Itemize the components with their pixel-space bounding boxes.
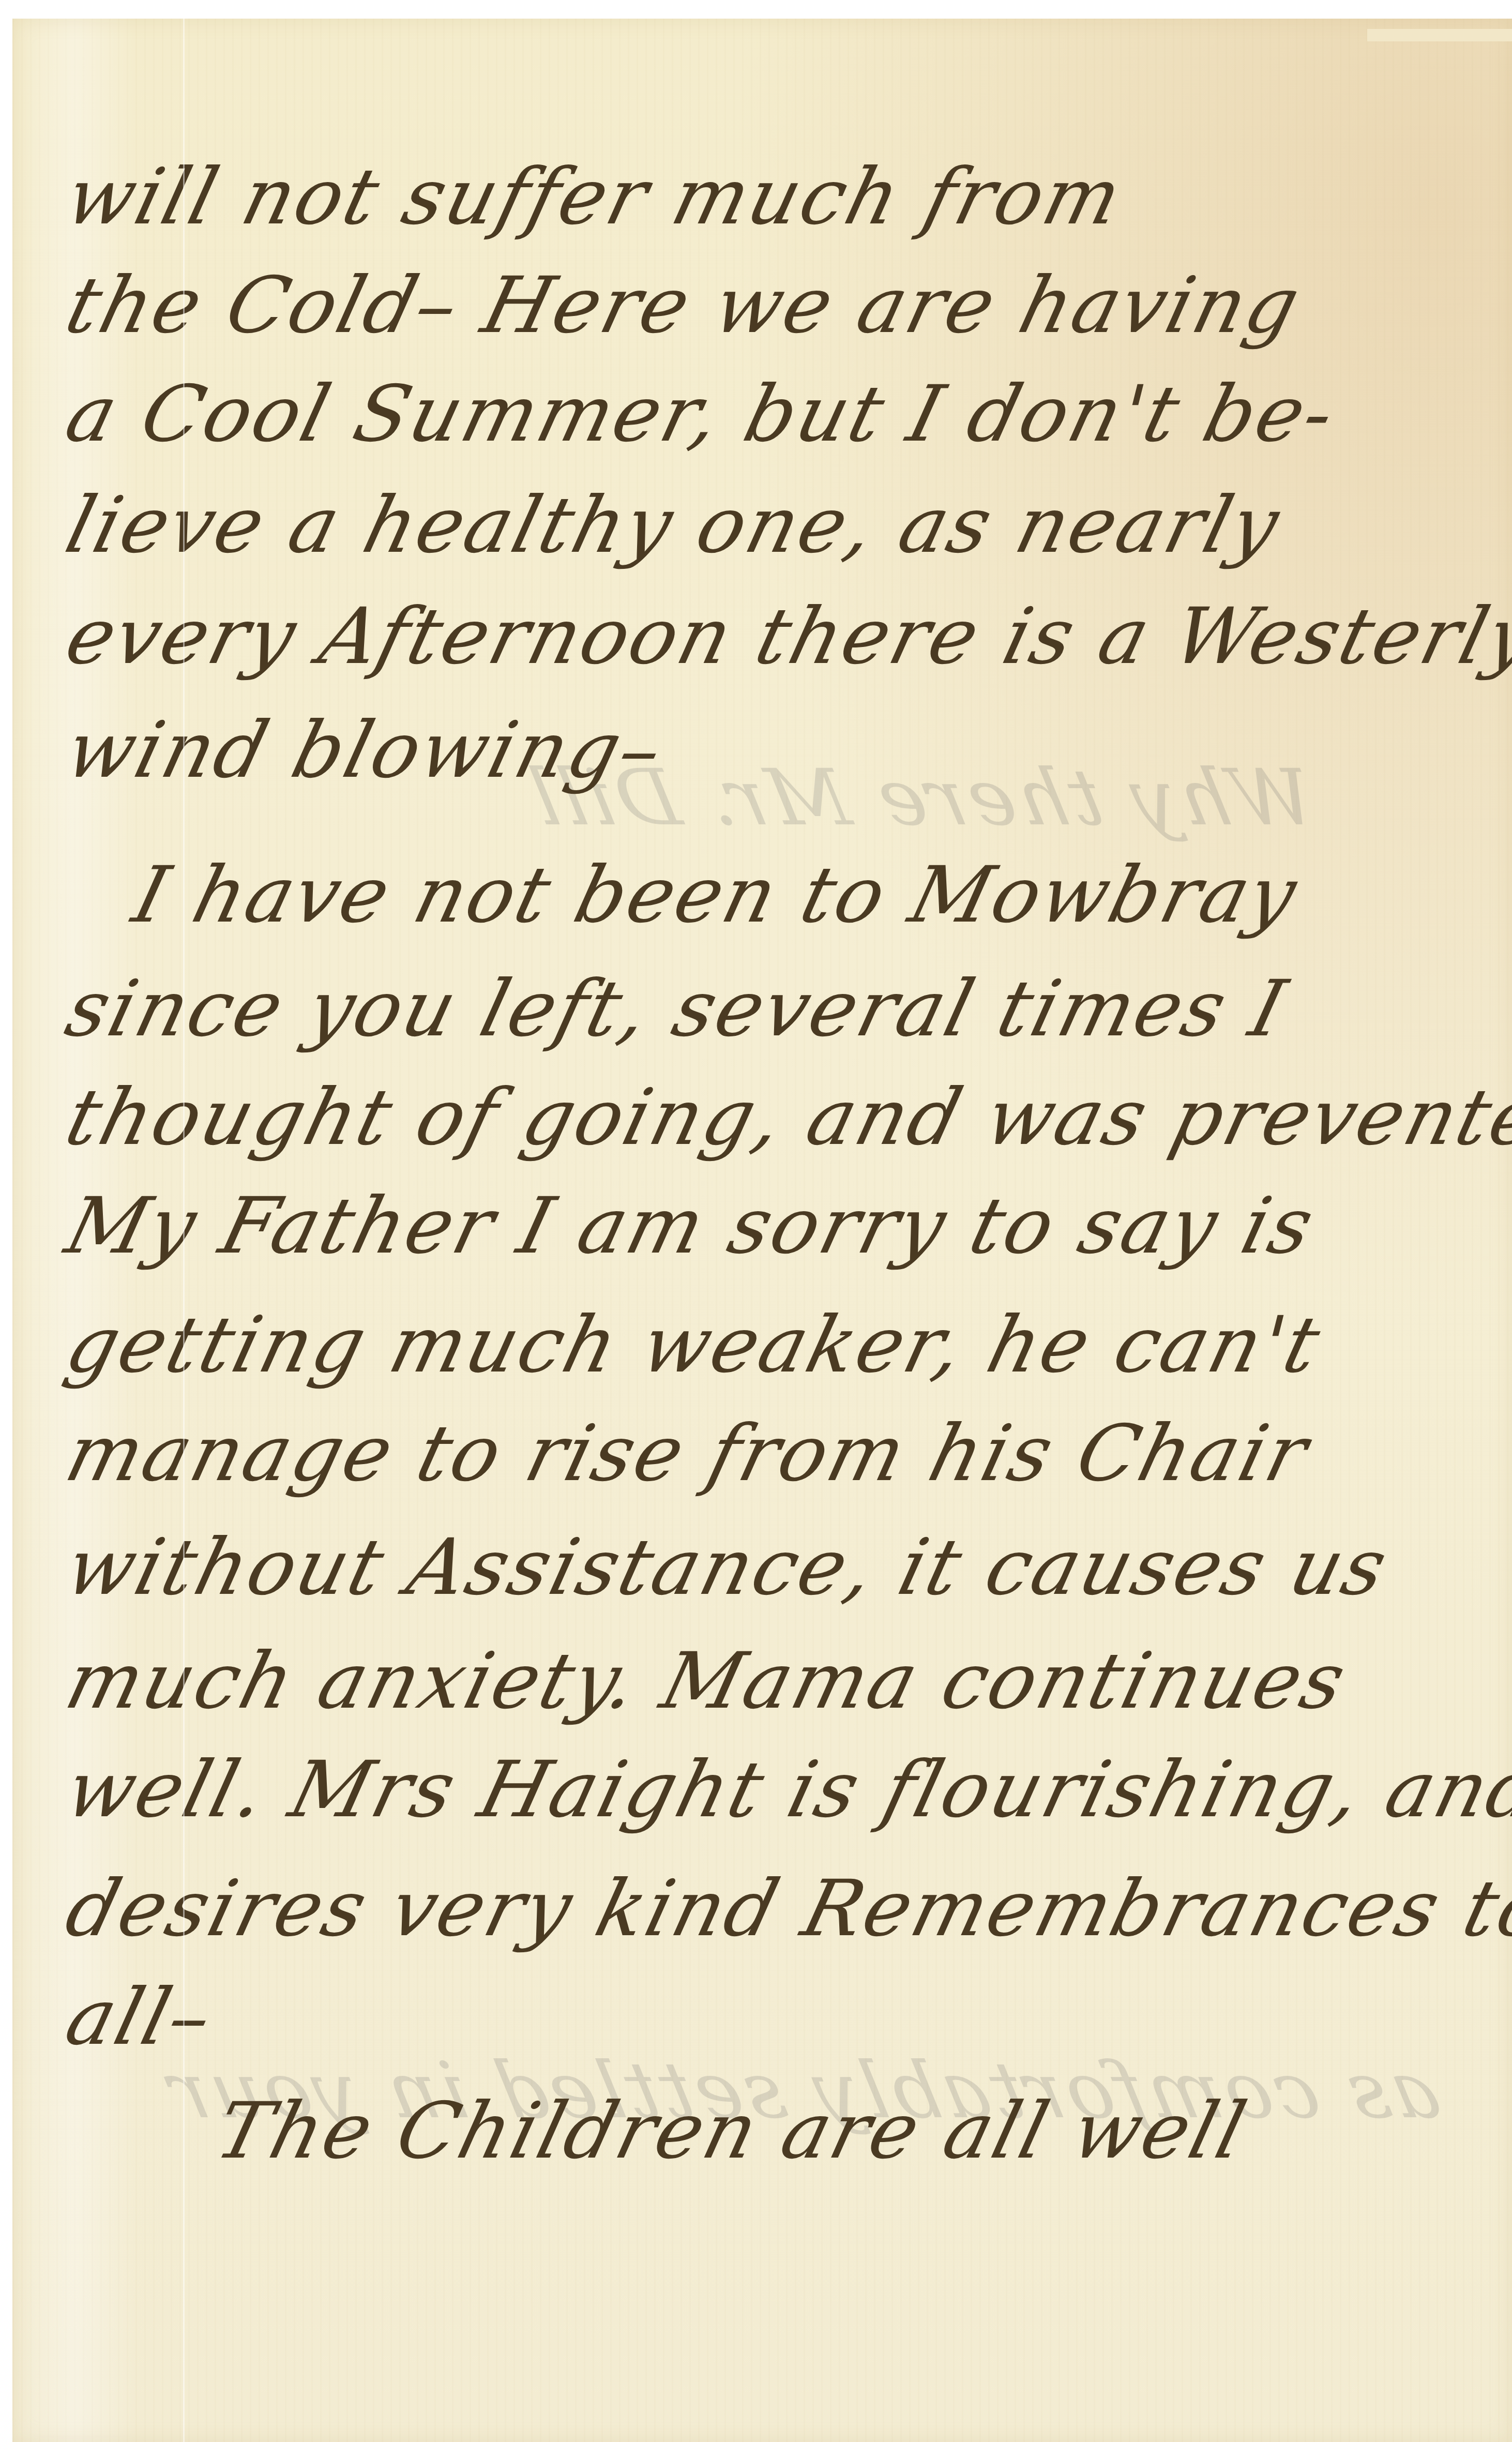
letter-line: wind blowing– (59, 712, 671, 789)
letter-line: thought of going, and was prevented– (59, 1079, 1512, 1156)
letter-line: will not suffer much from (59, 158, 1130, 236)
letter-line: The Children are all well (209, 2092, 1254, 2170)
letter-line: since you left, several times I (59, 970, 1295, 1048)
letter-line: well. Mrs Haight is flourishing, and (59, 1751, 1512, 1829)
letter-line: every Afternoon there is a Westerly (59, 598, 1512, 675)
letter-line: desires very kind Remembrances to (59, 1870, 1512, 1948)
letter-line: lieve a healthy one, as nearly (59, 487, 1288, 564)
letter-line: a Cool Summer, but I don't be- (59, 375, 1343, 453)
letter-paper: Why there Mr. Dill as comfortably settle… (12, 19, 1512, 2442)
letter-line: getting much weaker, he can't (59, 1306, 1329, 1384)
torn-corner (1367, 29, 1512, 41)
letter-line: My Father I am sorry to say is (59, 1187, 1322, 1265)
letter-line: much anxiety. Mama continues (59, 1642, 1354, 1720)
letter-line: I have not been to Mowbray (126, 856, 1306, 934)
letter-line: without Assistance, it causes us (59, 1529, 1396, 1606)
letter-line: manage to rise from his Chair (59, 1415, 1317, 1493)
letter-line: the Cold– Here we are having (59, 267, 1308, 344)
letter-line: all– (59, 1979, 221, 2056)
